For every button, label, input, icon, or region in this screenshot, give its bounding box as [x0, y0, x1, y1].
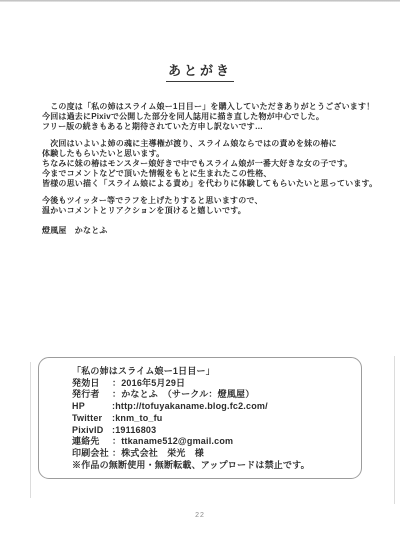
colophon-value: ：2016年5月29日	[112, 378, 185, 388]
colophon-row: PixivID:19116803	[72, 425, 353, 437]
colophon-row: 発行者：かなとふ （サークル：燈風屋）	[72, 389, 353, 401]
afterword-paragraph: この度は「私の姉はスライム娘ー1日目ー」を購入していただきありがとうございます！…	[42, 102, 374, 132]
colophon-row: 発効日：2016年5月29日	[72, 378, 353, 390]
afterword-line: 今回は過去にPixivで公開した部分を同人誌用に描き直した物が中心でした。	[42, 112, 374, 122]
colophon-label: 発行者	[72, 389, 112, 401]
scan-right-edge-artifact	[394, 356, 395, 504]
scan-top-edge	[0, 0, 400, 2]
colophon-work-title: 「私の姉はスライム娘ー1日目ー」	[72, 366, 353, 378]
colophon-label: 連絡先	[72, 436, 112, 448]
colophon-value: ：株式会社 栄光 様	[112, 448, 204, 458]
colophon-value: ：かなとふ （サークル：燈風屋）	[112, 389, 254, 399]
afterword-line: 今までコメントなどで頂いた情報をもとに生まれたこの性格、	[42, 169, 374, 179]
colophon-value: :knm_to_fu	[112, 413, 163, 423]
afterword-line: 今後もツイッター等でラフを上げたりすると思いますので、	[42, 196, 374, 206]
page-number: 22	[0, 512, 400, 519]
colophon-value: :http://tofuyakaname.blog.fc2.com/	[112, 401, 268, 411]
afterword-line: 温かいコメントとリアクションを頂けると嬉しいです。	[42, 206, 374, 216]
colophon-row: 印刷会社：株式会社 栄光 様	[72, 448, 353, 460]
colophon-label: HP	[72, 401, 112, 413]
scan-left-edge-artifact	[30, 362, 31, 498]
afterword-paragraph: 今後もツイッター等でラフを上げたりすると思いますので、 温かいコメントとリアクシ…	[42, 196, 374, 216]
afterword-body: この度は「私の姉はスライム娘ー1日目ー」を購入していただきありがとうございます！…	[42, 102, 374, 236]
afterword-line: 体験したもらいたいと思います。	[42, 149, 374, 159]
copyright-notice: ※作品の無断使用・無断転載、アップロードは禁止です。	[72, 460, 353, 472]
colophon-label: Twitter	[72, 413, 112, 425]
colophon-label: 印刷会社	[72, 448, 112, 460]
colophon-box: 「私の姉はスライム娘ー1日目ー」 発効日：2016年5月29日 発行者：かなとふ…	[38, 357, 362, 479]
colophon-value: ：ttkaname512@gmail.com	[112, 436, 233, 446]
colophon-row: HP:http://tofuyakaname.blog.fc2.com/	[72, 401, 353, 413]
afterword-line: この度は「私の姉はスライム娘ー1日目ー」を購入していただきありがとうございます！	[42, 102, 374, 112]
page-title-text: あとがき	[166, 60, 234, 82]
colophon-label: 発効日	[72, 378, 112, 390]
afterword-line: ちなみに妹の椿はモンスター娘好きで中でもスライム娘が一番大好きな女の子です。	[42, 159, 374, 169]
colophon-value: :19116803	[112, 425, 156, 435]
afterword-paragraph: 次回はいよいよ姉の魂に主導権が渡り、スライム娘ならではの責めを妹の椿に 体験した…	[42, 139, 374, 189]
afterword-line: 次回はいよいよ姉の魂に主導権が渡り、スライム娘ならではの責めを妹の椿に	[42, 139, 374, 149]
colophon-row: 連絡先：ttkaname512@gmail.com	[72, 436, 353, 448]
colophon-row: Twitter:knm_to_fu	[72, 413, 353, 425]
afterword-line: 皆様の思い描く「スライム娘による責め」を代わりに体験してもらいたいと思っています…	[42, 179, 374, 189]
page-title: あとがき	[0, 60, 400, 82]
author-signature: 燈風屋 かなとふ	[42, 226, 374, 236]
afterword-line: フリー版の続きもあると期待されていた方申し訳ないです…	[42, 122, 374, 132]
colophon-label: PixivID	[72, 425, 112, 437]
